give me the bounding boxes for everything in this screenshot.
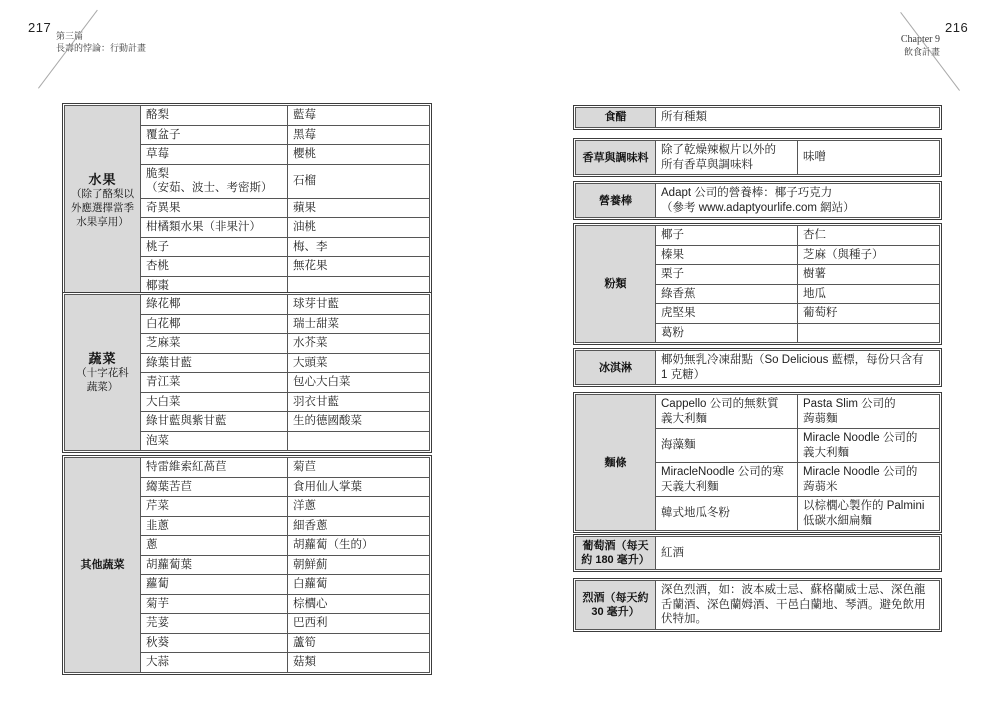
table-cell: 油桃	[288, 218, 430, 238]
table-noodles: 麵條Cappello 公司的無麩質 義大利麵Pasta Slim 公司的 蒟蒻麵…	[573, 392, 942, 533]
table-ice-cream: 冰淇淋椰奶無乳冷凍甜點（So Delicious 藍標，每份只含有 1 克糖）	[573, 348, 942, 387]
table-cell: 芝麻菜	[141, 334, 288, 354]
table-cell: 綠香蕉	[656, 284, 798, 304]
table-cell: 梅、李	[288, 237, 430, 257]
table-cell: 榛果	[656, 245, 798, 265]
table-other-vegetables: 其他蔬菜特雷維索紅萵苣菊苣縐葉苦苣食用仙人掌葉芹菜洋蔥韭蔥細香蔥蔥胡蘿蔔（生的）…	[62, 455, 432, 675]
table-nutrition-bar: 營養棒Adapt 公司的營養棒：椰子巧克力 （參考 www.adaptyourl…	[573, 181, 942, 220]
row-label-cruciferous: 蔬菜（十字花科蔬菜）	[65, 295, 141, 451]
table-cell: 杏仁	[798, 226, 940, 246]
table-cell: 石榴	[288, 164, 430, 198]
table-cell: 大頭菜	[288, 353, 430, 373]
row-label-noodles: 麵條	[576, 395, 656, 531]
row-label-ice-cream: 冰淇淋	[576, 351, 656, 385]
row-label-line: （除了酪梨以	[68, 187, 137, 201]
table-cell: 朝鮮薊	[288, 555, 430, 575]
table-cell: 杏桃	[141, 257, 288, 277]
table-row: 其他蔬菜特雷維索紅萵苣菊苣	[65, 458, 430, 478]
table-cell: 草莓	[141, 145, 288, 165]
table-cell: 包心大白菜	[288, 373, 430, 393]
row-label-nutrition-bar: 營養棒	[576, 184, 656, 218]
row-label-line: 其他蔬菜	[68, 558, 137, 572]
table-cell: 蘆筍	[288, 633, 430, 653]
row-label-line: 水果享用）	[68, 215, 137, 229]
row-label-line: 烈酒（每天約	[579, 591, 652, 605]
table-row: 烈酒（每天約30 毫升）深色烈酒，如：波本威士忌、蘇格蘭威士忌、深色龍舌蘭酒、深…	[576, 581, 940, 630]
table-cell: 生的德國酸菜	[288, 412, 430, 432]
row-label-line: 30 毫升）	[579, 605, 652, 619]
table-row: 水果（除了酪梨以外應選擇當季水果享用）酪梨藍莓	[65, 106, 430, 126]
row-label-line: 水果	[68, 173, 137, 187]
table-cell: 青江菜	[141, 373, 288, 393]
table-cell: 綠葉甘藍	[141, 353, 288, 373]
table-cell: 除了乾燥辣椒片以外的 所有香草與調味料	[656, 141, 798, 175]
table-cell: 蘋果	[288, 198, 430, 218]
table-cell: 藍莓	[288, 106, 430, 126]
table-cruciferous: 蔬菜（十字花科蔬菜）綠花椰球芽甘藍白花椰瑞士甜菜芝麻菜水芥菜綠葉甘藍大頭菜青江菜…	[62, 292, 432, 453]
row-label-line: （十字花科	[68, 366, 137, 380]
table-cell: 球芽甘藍	[288, 295, 430, 315]
table-cell: 所有種類	[656, 108, 940, 128]
table-cell: 韓式地瓜冬粉	[656, 497, 798, 531]
row-label-line: 葡萄酒（每天	[579, 539, 652, 553]
table-cell: 覆盆子	[141, 125, 288, 145]
row-label-line: 蔬菜）	[68, 380, 137, 394]
table-cell: 葛粉	[656, 323, 798, 343]
table-cell: 胡蘿蔔葉	[141, 555, 288, 575]
table-cell: Miracle Noodle 公司的 蒟蒻米	[798, 463, 940, 497]
table-cell: 特雷維索紅萵苣	[141, 458, 288, 478]
row-label-wine: 葡萄酒（每天約 180 毫升）	[576, 537, 656, 570]
chapter-title: Chapter 9	[855, 34, 940, 46]
table-cell: 酪梨	[141, 106, 288, 126]
table-cell: 蘿蔔	[141, 575, 288, 595]
table-cell: 綠花椰	[141, 295, 288, 315]
table-cell: 泡菜	[141, 431, 288, 451]
table-cell: Cappello 公司的無麩質 義大利麵	[656, 395, 798, 429]
table-fruits: 水果（除了酪梨以外應選擇當季水果享用）酪梨藍莓覆盆子黑莓草莓櫻桃脆梨 （安茹、波…	[62, 103, 432, 298]
table-cell: 大白菜	[141, 392, 288, 412]
row-label-line: 蔬菜	[68, 352, 137, 366]
table-cell: 紅酒	[656, 537, 940, 570]
table-herbs-seasonings: 香草與調味料除了乾燥辣椒片以外的 所有香草與調味料味噌	[573, 138, 942, 177]
table-vinegar: 食醋所有種類	[573, 105, 942, 130]
row-label-other-vegetables: 其他蔬菜	[65, 458, 141, 673]
table-cell: 縐葉苦苣	[141, 477, 288, 497]
row-label-vinegar: 食醋	[576, 108, 656, 128]
table-cell: 棕櫚心	[288, 594, 430, 614]
table-cell: Miracle Noodle 公司的 義大利麵	[798, 429, 940, 463]
table-cell: 栗子	[656, 265, 798, 285]
table-cell: 巴西利	[288, 614, 430, 634]
table-cell: Pasta Slim 公司的 蒟蒻麵	[798, 395, 940, 429]
table-row: 香草與調味料除了乾燥辣椒片以外的 所有香草與調味料味噌	[576, 141, 940, 175]
table-cell: 地瓜	[798, 284, 940, 304]
table-cell: 虎堅果	[656, 304, 798, 324]
table-cell: MiracleNoodle 公司的寒 天義大利麵	[656, 463, 798, 497]
table-row: 葡萄酒（每天約 180 毫升）紅酒	[576, 537, 940, 570]
table-cell: 菊芋	[141, 594, 288, 614]
row-label-line: 麵條	[579, 456, 652, 470]
table-row: 粉類椰子杏仁	[576, 226, 940, 246]
table-cell	[798, 323, 940, 343]
table-cell: 細香蔥	[288, 516, 430, 536]
table-cell: 白蘿蔔	[288, 575, 430, 595]
row-label-line: 約 180 毫升）	[579, 553, 652, 567]
table-cell: 黑莓	[288, 125, 430, 145]
table-cell: 椰子	[656, 226, 798, 246]
table-cell: 胡蘿蔔（生的）	[288, 536, 430, 556]
table-cell: 奇異果	[141, 198, 288, 218]
table-row: 食醋所有種類	[576, 108, 940, 128]
row-label-line: 營養棒	[579, 194, 652, 208]
table-cell: 大蒜	[141, 653, 288, 673]
table-cell: 葡萄籽	[798, 304, 940, 324]
table-spirits: 烈酒（每天約30 毫升）深色烈酒，如：波本威士忌、蘇格蘭威士忌、深色龍舌蘭酒、深…	[573, 578, 942, 632]
table-cell: 味噌	[798, 141, 940, 175]
table-cell: 芫荽	[141, 614, 288, 634]
table-cell: 芝麻（與種子）	[798, 245, 940, 265]
section-title: 第三篇	[56, 30, 146, 42]
table-cell: 瑞士甜菜	[288, 314, 430, 334]
row-label-line: 外應選擇當季	[68, 201, 137, 215]
table-cell: 桃子	[141, 237, 288, 257]
table-cell	[288, 431, 430, 451]
table-cell: 海藻麵	[656, 429, 798, 463]
table-row: 蔬菜（十字花科蔬菜）綠花椰球芽甘藍	[65, 295, 430, 315]
table-cell: 食用仙人掌葉	[288, 477, 430, 497]
page-number-left: 217	[28, 20, 51, 35]
table-cell: 韭蔥	[141, 516, 288, 536]
table-cell: 白花椰	[141, 314, 288, 334]
table-cell: 芹菜	[141, 497, 288, 517]
table-cell: 洋蔥	[288, 497, 430, 517]
table-row: 麵條Cappello 公司的無麩質 義大利麵Pasta Slim 公司的 蒟蒻麵	[576, 395, 940, 429]
table-cell: 無花果	[288, 257, 430, 277]
row-label-spirits: 烈酒（每天約30 毫升）	[576, 581, 656, 630]
table-cell: 椰奶無乳冷凍甜點（So Delicious 藍標，每份只含有 1 克糖）	[656, 351, 940, 385]
table-wine: 葡萄酒（每天約 180 毫升）紅酒	[573, 534, 942, 572]
row-label-line: 冰淇淋	[579, 361, 652, 375]
row-label-line: 粉類	[579, 277, 652, 291]
table-cell: Adapt 公司的營養棒：椰子巧克力 （參考 www.adaptyourlife…	[656, 184, 940, 218]
table-cell: 綠甘藍與紫甘藍	[141, 412, 288, 432]
row-label-flours: 粉類	[576, 226, 656, 343]
table-cell: 櫻桃	[288, 145, 430, 165]
table-row: 冰淇淋椰奶無乳冷凍甜點（So Delicious 藍標，每份只含有 1 克糖）	[576, 351, 940, 385]
table-cell: 以棕櫚心製作的 Palmini 低碳水細扁麵	[798, 497, 940, 531]
table-row: 營養棒Adapt 公司的營養棒：椰子巧克力 （參考 www.adaptyourl…	[576, 184, 940, 218]
table-cell: 深色烈酒，如：波本威士忌、蘇格蘭威士忌、深色龍舌蘭酒、深色蘭姆酒、干邑白蘭地、琴…	[656, 581, 940, 630]
page-number-right: 216	[945, 20, 968, 35]
table-cell: 樹薯	[798, 265, 940, 285]
table-cell: 菊苣	[288, 458, 430, 478]
row-label-herbs-seasonings: 香草與調味料	[576, 141, 656, 175]
table-cell: 柑橘類水果（非果汁）	[141, 218, 288, 238]
table-cell: 脆梨 （安茹、波士、考密斯）	[141, 164, 288, 198]
book-spread: 217 第三篇 長壽的悖論：行動計畫 216 Chapter 9 飲食計畫 水果…	[0, 0, 1000, 710]
table-cell: 秋葵	[141, 633, 288, 653]
row-label-line: 香草與調味料	[579, 151, 652, 165]
row-label-line: 食醋	[579, 110, 652, 124]
table-cell: 蔥	[141, 536, 288, 556]
section-subtitle: 長壽的悖論：行動計畫	[56, 42, 146, 54]
table-cell: 羽衣甘藍	[288, 392, 430, 412]
table-flours: 粉類椰子杏仁榛果芝麻（與種子）栗子樹薯綠香蕉地瓜虎堅果葡萄籽葛粉	[573, 223, 942, 345]
running-head-left: 第三篇 長壽的悖論：行動計畫	[56, 30, 146, 54]
row-label-fruits: 水果（除了酪梨以外應選擇當季水果享用）	[65, 106, 141, 296]
table-cell: 水芥菜	[288, 334, 430, 354]
table-cell: 菇類	[288, 653, 430, 673]
